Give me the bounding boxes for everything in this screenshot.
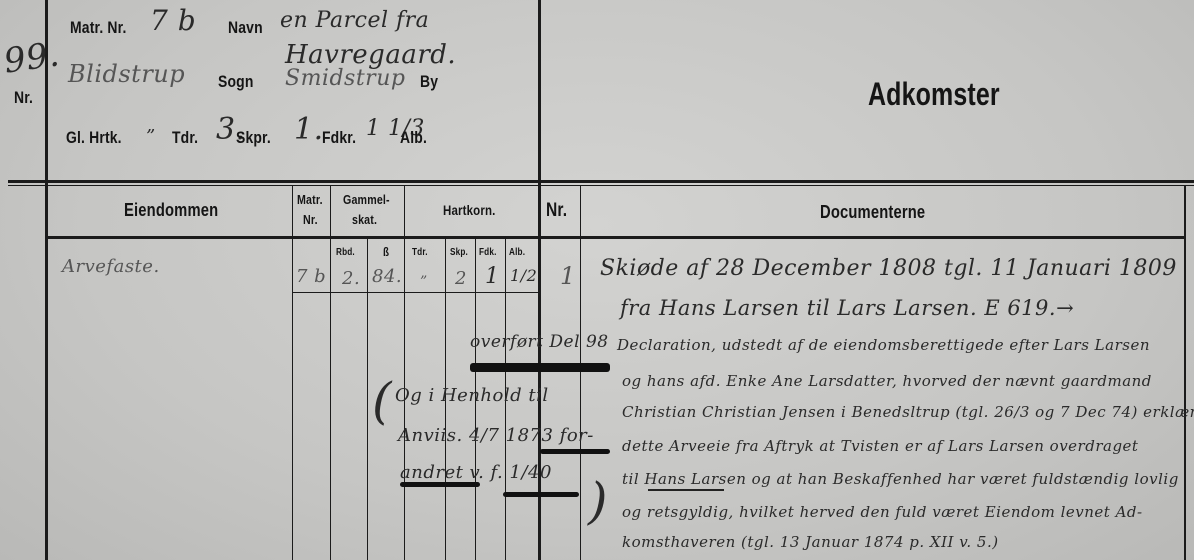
register-page: 99. Nr. Matr. Nr. 7 b Navn en Parcel fra… [0,0,1194,560]
entry-tdr: ” [420,274,428,290]
alb-label: Alb. [400,128,427,148]
navn-value-line1: en Parcel fra [280,8,429,33]
skpr-label: Skpr. [236,128,271,148]
entry-document-line1: Skiøde af 28 December 1808 tgl. 11 Janua… [600,256,1177,281]
by-label: By [420,72,438,92]
declaration-line4: dette Arveeie fra Aftryk at Tvisten er a… [622,437,1138,455]
declaration-line6: og retsgyldig, hvilket herved den fuld v… [622,503,1143,521]
gl-hrtk-value: ” [146,126,156,147]
tdr-label: Tdr. [172,128,198,148]
annotation-overfort: overført Del 98 [470,332,609,352]
entry-eiendommen: Arvefaste. [62,256,160,277]
col-rule-docs [580,185,581,560]
annotation-bracket: ( [372,372,392,430]
entry-matr-nr: 7 b [296,266,326,287]
col-rule-gammelskat [330,185,331,560]
annotation-heavy-underline-4 [503,492,579,497]
entry-document-line2: fra Hans Larsen til Lars Larsen. E 619.→ [620,296,1074,320]
page-number-label: Nr. [14,88,33,108]
col-rule-matr [292,185,293,560]
declaration-line1: Declaration, udstedt af de eiendomsberet… [617,336,1150,354]
by-value: Smidstrup [285,66,405,91]
entry-nr: 1 [560,262,576,290]
annotation-heavy-underline-3 [400,482,480,487]
right-edge-rule [1184,185,1186,560]
navn-label: Navn [228,18,263,38]
fdkr-label: Fdkr. [322,128,356,148]
gl-hrtk-label: Gl. Hrtk. [66,128,122,148]
subheader-rbd: Rbd. [336,247,355,258]
subheader-tdr: Tdr. [412,247,428,258]
annotation-heavy-underline-2 [540,449,610,454]
declaration-line3: Christian Christian Jensen i Benedsltrup… [622,403,1194,421]
col-header-eiendommen: Eiendommen [124,200,218,221]
annotation-right-bracket: ) [588,472,608,530]
matr-nr-label: Matr. Nr. [70,18,126,38]
entry-fdk: 1 [485,264,500,289]
subheader-skp: Skp. [450,247,468,258]
skpr-value: 1. [294,112,324,147]
col-header-matr-nr-2: Nr. [303,212,318,227]
sogn-label: Sogn [218,72,254,92]
col-header-documenterne: Documenterne [820,202,925,223]
hans-larsen-underline [648,489,724,491]
column-header-bottom-rule [45,236,1186,239]
entry-skilling: 84. [372,266,402,287]
subheader-fdk: Fdk. [479,247,497,258]
subheader-skilling: ß [383,245,389,259]
header-bottom-double-rule [8,180,1194,183]
entry-rbd: 2. [342,268,360,289]
sogn-value: Blidstrup [68,60,185,88]
declaration-line7: komsthaveren (tgl. 13 Januar 1874 p. XII… [622,533,999,551]
section-title-adkomster: Adkomster [868,76,1000,113]
left-margin-rule [45,0,48,560]
col-header-matr-nr-1: Matr. [297,192,323,207]
matr-nr-value: 7 b [150,4,196,37]
col-header-gammelskat-2: skat. [352,212,377,227]
annotation-heavy-underline-1 [470,363,610,372]
col-header-gammelskat-1: Gammel- [343,192,390,207]
annotation-line2: Og i Henhold til [395,385,549,406]
col-rule-gammelskat-split [367,238,368,560]
entry-alb: 1/2 [510,266,537,285]
declaration-line5: til Hans Larsen og at han Beskaffenhed h… [622,470,1179,488]
annotation-line3: Anviis. 4/7 1873 for- [398,425,594,446]
annotation-line4: andret v. f. 1/40 [400,462,552,483]
hartkorn-sub-rule [292,292,538,293]
entry-skp: 2 [455,268,467,289]
col-header-hartkorn: Hartkorn. [443,202,496,218]
declaration-line2: og hans afd. Enke Ane Larsdatter, hvorve… [622,372,1152,390]
header-bottom-double-rule-2 [8,185,1194,186]
col-rule-hartkorn [404,185,405,560]
col-header-nr: Nr. [546,200,567,222]
page-number-handwritten: 99. [1,34,62,81]
subheader-alb: Alb. [509,247,525,258]
